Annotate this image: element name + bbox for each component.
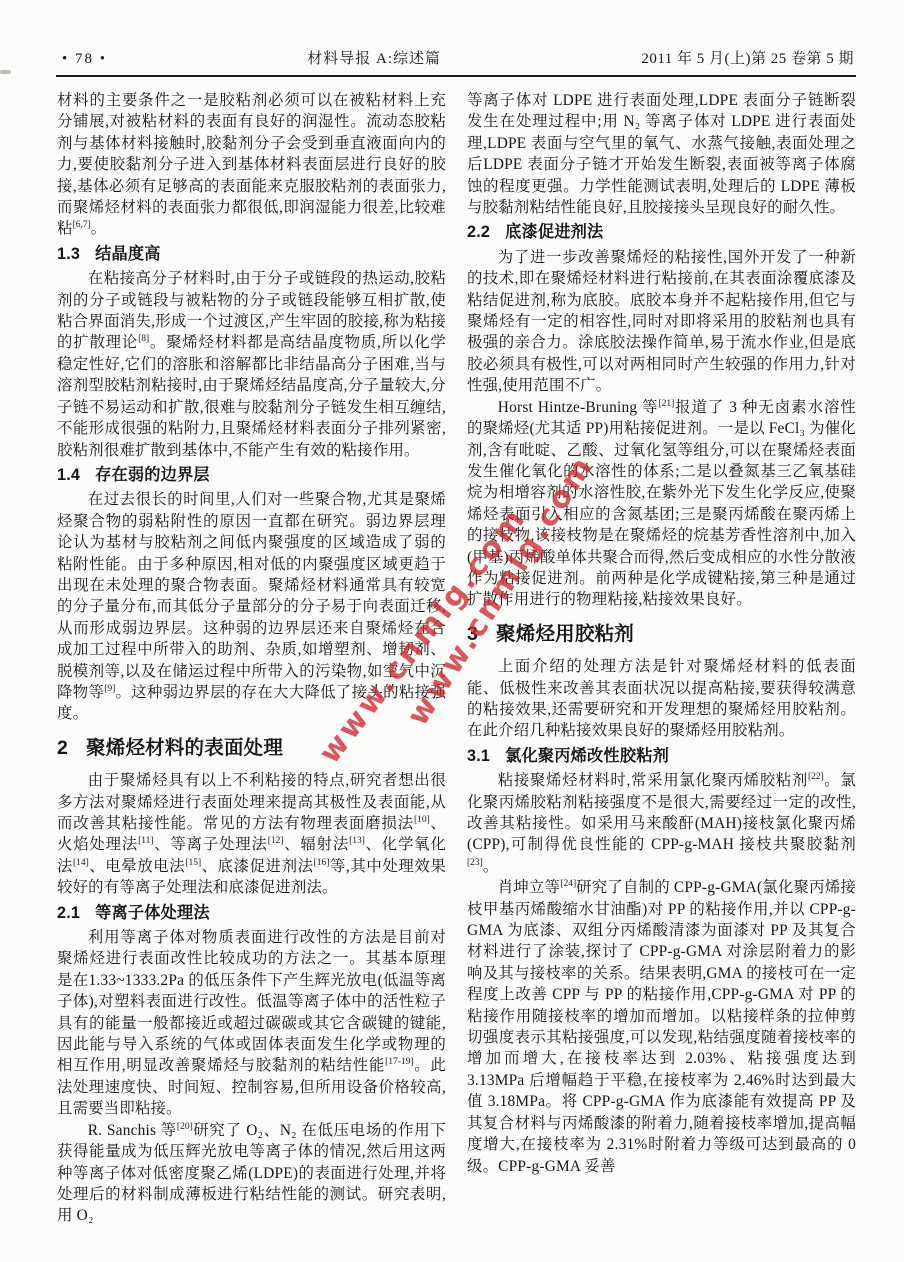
section-heading-3: 3 聚烯烃用胶粘剂: [467, 624, 856, 645]
paragraph: 粘接聚烯烃材料时,常采用氯化聚丙烯胶粘剂[22]。氯化聚丙烯胶粘剂粘接强度不是很…: [467, 770, 856, 877]
scan-artifact: [0, 70, 11, 74]
two-column-body: 材料的主要条件之一是胶粘剂必须可以在被粘材料上充分铺展,对被粘材料的表面有良好的…: [0, 77, 904, 1227]
section-title: 聚烯烃用胶粘剂: [496, 624, 634, 645]
section-number: 2.1: [57, 903, 80, 924]
paragraph: 利用等离子体对物质表面进行改性的方法是目前对聚烯烃进行表面改性比较成功的方法之一…: [57, 927, 446, 1120]
paragraph: Horst Hintze-Bruning 等[21]报道了 3 种无卤素水溶性的…: [467, 397, 856, 611]
section-heading-2-2: 2.2 底漆促进剂法: [467, 222, 856, 243]
section-number: 3: [467, 624, 478, 645]
paragraph: 肖坤立等[24]研究了自制的 CPP-g-GMA(氯化聚丙烯接枝甲基丙烯酸缩水甘…: [467, 877, 856, 1177]
section-heading-1-4: 1.4 存在弱的边界层: [57, 465, 446, 486]
issue-info: 2011 年 5 月(上)第 25 卷第 5 期: [641, 50, 854, 68]
section-title: 聚烯烃材料的表面处理: [86, 738, 283, 759]
section-heading-2: 2 聚烯烃材料的表面处理: [57, 738, 446, 759]
paragraph: 上面介绍的处理方法是针对聚烯烃材料的低表面能、低极性来改善其表面状况以提高粘接,…: [467, 656, 856, 742]
paragraph: 在过去很长的时间里,人们对一些聚合物,尤其是聚烯烃聚合物的弱粘附性的原因一直都在…: [57, 489, 446, 724]
paragraph: R. Sanchis 等[20]研究了 O₂、N₂ 在低压电场的作用下获得能量成…: [57, 1120, 446, 1227]
section-number: 1.3: [57, 244, 80, 265]
section-title: 氯化聚丙烯改性胶粘剂: [505, 746, 669, 767]
section-number: 2.2: [467, 222, 490, 243]
column-right: 等离子体对 LDPE 进行表面处理,LDPE 表面分子链断裂发生在处理过程中;用…: [467, 90, 856, 1227]
paragraph: 由于聚烯烃具有以上不利粘接的特点,研究者想出很多方法对聚烯烃进行表面处理来提高其…: [57, 770, 446, 898]
paragraph: 等离子体对 LDPE 进行表面处理,LDPE 表面分子链断裂发生在处理过程中;用…: [467, 90, 856, 218]
section-title: 存在弱的边界层: [95, 465, 210, 486]
paragraph: 材料的主要条件之一是胶粘剂必须可以在被粘材料上充分铺展,对被粘材料的表面有良好的…: [57, 90, 446, 240]
section-heading-2-1: 2.1 等离子体处理法: [57, 903, 446, 924]
paragraph: 在粘接高分子材料时,由于分子或链段的热运动,胶粘剂的分子或链段与被粘物的分子或链…: [57, 268, 446, 461]
section-number: 1.4: [57, 465, 80, 486]
paragraph: 为了进一步改善聚烯烃的粘接性,国外开发了一种新的技术,即在聚烯烃材料进行粘接前,…: [467, 247, 856, 397]
section-number: 3.1: [467, 746, 490, 767]
journal-title: 材料导报 A:综述篇: [307, 50, 441, 68]
page-header: • 78 • 材料导报 A:综述篇 2011 年 5 月(上)第 25 卷第 5…: [0, 0, 904, 75]
section-heading-1-3: 1.3 结晶度高: [57, 244, 446, 265]
section-title: 结晶度高: [95, 244, 161, 265]
section-heading-3-1: 3.1 氯化聚丙烯改性胶粘剂: [467, 746, 856, 767]
section-title: 等离子体处理法: [95, 903, 210, 924]
section-number: 2: [57, 738, 68, 759]
section-title: 底漆促进剂法: [505, 222, 603, 243]
scanned-paper-page: • 78 • 材料导报 A:综述篇 2011 年 5 月(上)第 25 卷第 5…: [0, 0, 904, 1262]
page-number: • 78 •: [62, 50, 107, 68]
column-left: 材料的主要条件之一是胶粘剂必须可以在被粘材料上充分铺展,对被粘材料的表面有良好的…: [57, 90, 446, 1227]
